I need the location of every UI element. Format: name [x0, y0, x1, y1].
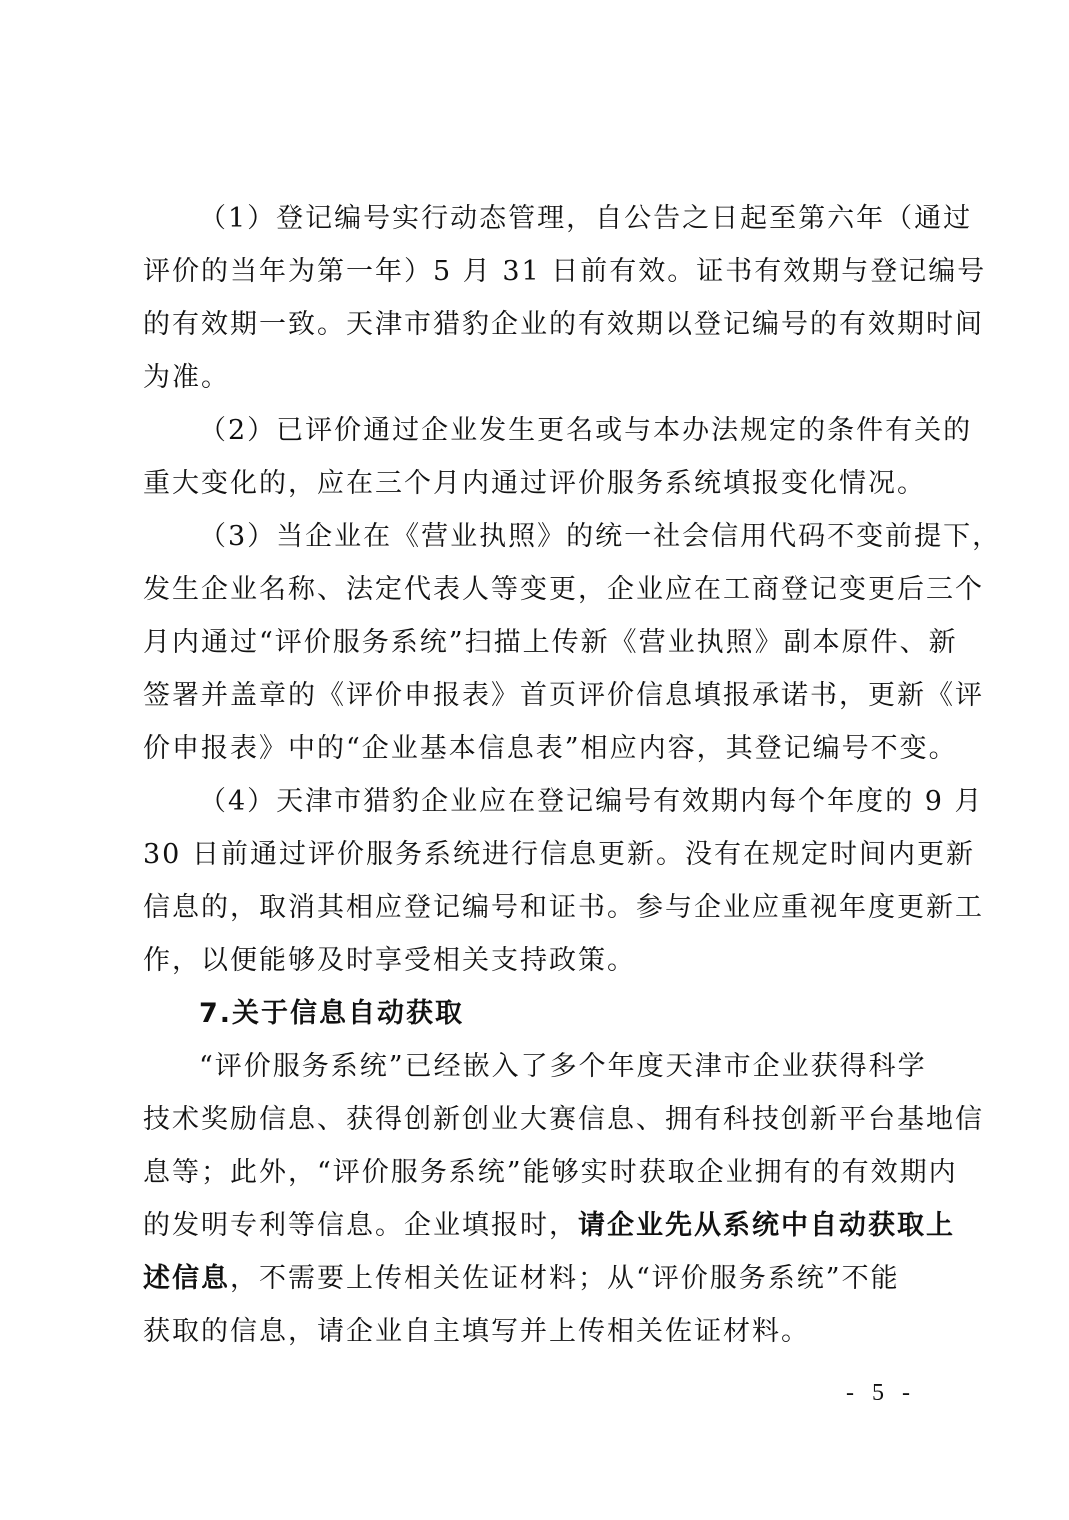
paragraph-3-line-3: 月内通过“评价服务系统”扫描上传新《营业执照》副本原件、新 [143, 619, 958, 667]
emphasis-text-continued: 述信息 [143, 1263, 230, 1294]
line-5-normal-text: ，不需要上传相关佐证材料；从“评价服务系统”不能 [230, 1263, 900, 1294]
section-paragraph-line-2: 技术奖励信息、获得创新创业大赛信息、拥有科技创新平台基地信 [143, 1096, 984, 1144]
paragraph-3-line-2: 发生企业名称、法定代表人等变更，企业应在工商登记变更后三个 [143, 566, 984, 614]
paragraph-1-line-4: 为准。 [143, 354, 230, 402]
page-number: - 5 - [846, 1380, 916, 1407]
section-paragraph-line-1: “评价服务系统”已经嵌入了多个年度天津市企业获得科学 [199, 1043, 927, 1091]
section-heading: 7.关于信息自动获取 [199, 990, 464, 1038]
paragraph-4-line-2: 30 日前通过评价服务系统进行信息更新。没有在规定时间内更新 [143, 831, 975, 879]
paragraph-3-line-4: 签署并盖章的《评价申报表》首页评价信息填报承诺书，更新《评 [143, 672, 984, 720]
paragraph-1-line-3: 的有效期一致。天津市猎豹企业的有效期以登记编号的有效期时间 [143, 301, 984, 349]
paragraph-2-line-2: 重大变化的，应在三个月内通过评价服务系统填报变化情况。 [143, 460, 926, 508]
paragraph-4-line-4: 作，以便能够及时享受相关支持政策。 [143, 937, 636, 985]
section-paragraph-line-6: 获取的信息，请企业自主填写并上传相关佐证材料。 [143, 1308, 810, 1356]
section-paragraph-line-3: 息等；此外，“评价服务系统”能够实时获取企业拥有的有效期内 [143, 1149, 958, 1197]
paragraph-1-line-1: （1）登记编号实行动态管理，自公告之日起至第六年（通过 [199, 195, 972, 243]
emphasis-text: 请企业先从系统中自动获取上 [578, 1210, 955, 1241]
section-paragraph-line-5: 述信息，不需要上传相关佐证材料；从“评价服务系统”不能 [143, 1255, 900, 1303]
line-4-normal-text: 的发明专利等信息。企业填报时， [143, 1210, 578, 1241]
paragraph-4-line-3: 信息的，取消其相应登记编号和证书。参与企业应重视年度更新工 [143, 884, 984, 932]
paragraph-3-line-1: （3）当企业在《营业执照》的统一社会信用代码不变前提下， [199, 513, 1001, 561]
paragraph-2-line-1: （2）已评价通过企业发生更名或与本办法规定的条件有关的 [199, 407, 972, 455]
paragraph-1-line-2: 评价的当年为第一年）5 月 31 日前有效。证书有效期与登记编号 [143, 248, 986, 296]
paragraph-4-line-1: （4）天津市猎豹企业应在登记编号有效期内每个年度的 9 月 [199, 778, 984, 826]
paragraph-3-line-5: 价申报表》中的“企业基本信息表”相应内容，其登记编号不变。 [143, 725, 958, 773]
section-paragraph-line-4: 的发明专利等信息。企业填报时，请企业先从系统中自动获取上 [143, 1202, 955, 1250]
